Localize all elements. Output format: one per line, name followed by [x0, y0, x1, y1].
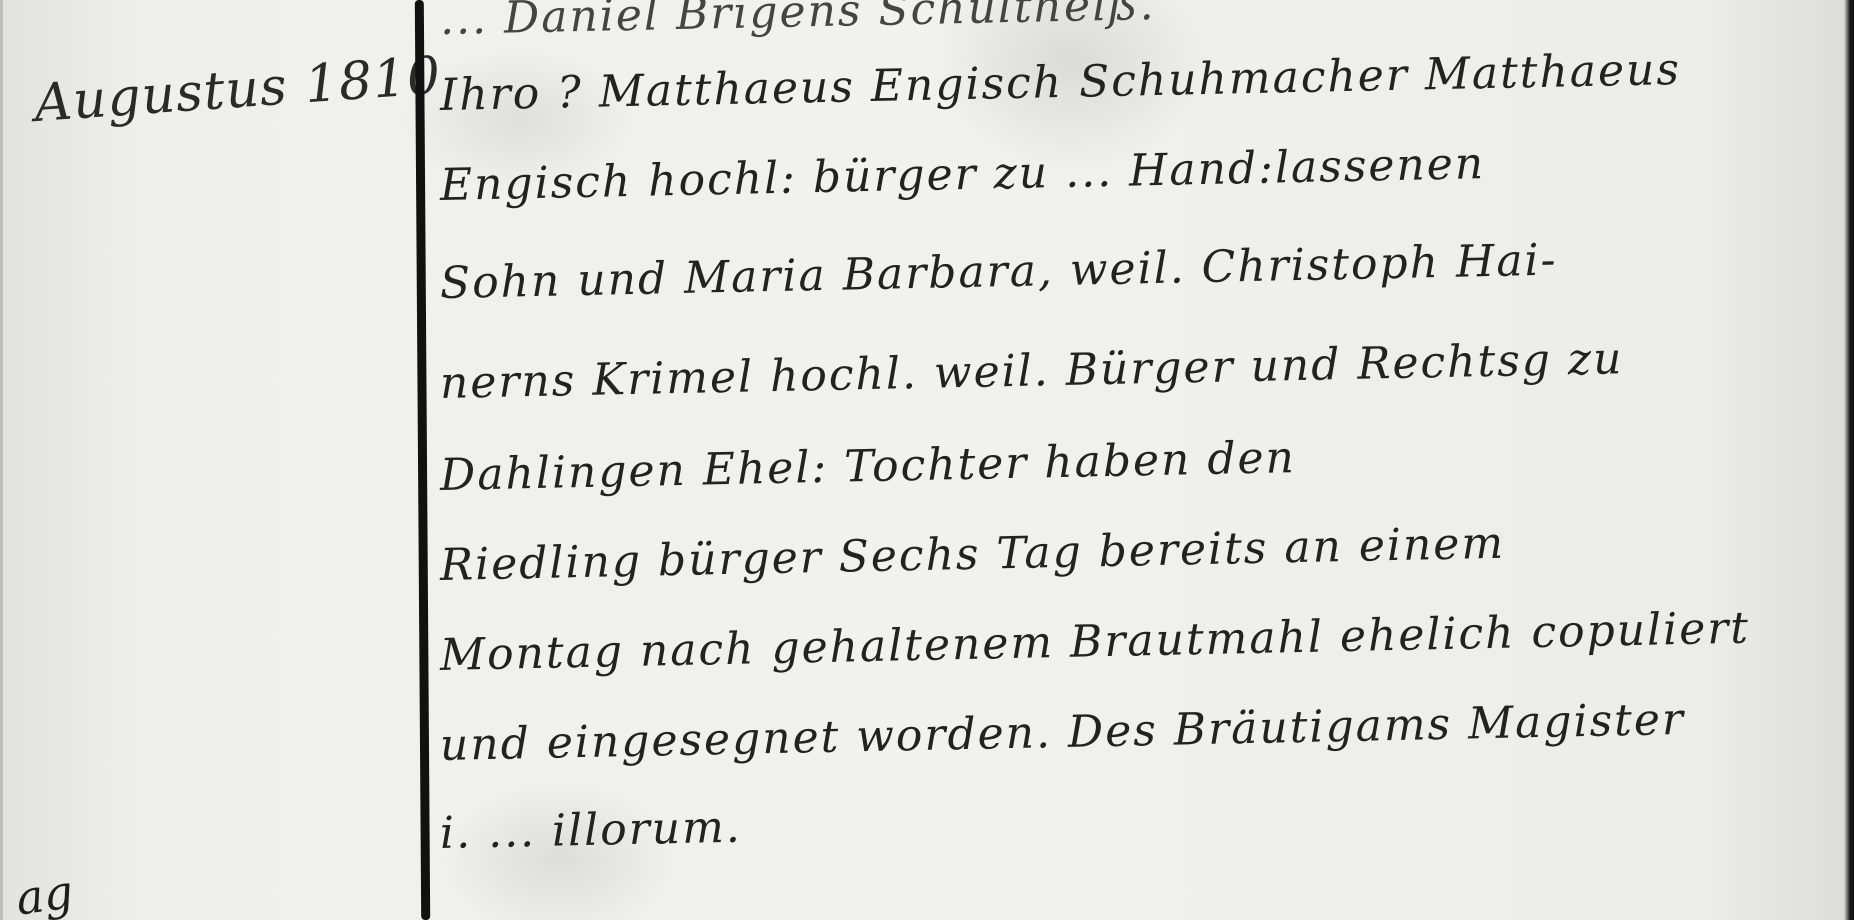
entry-line-1: ... Daniel Brigens Schultheiß.	[439, 0, 1155, 45]
entry-line-8: Montag nach gehaltenem Brautmahl ehelich…	[439, 603, 1750, 681]
entry-line-3: Engisch hochl: bürger zu ... Hand:lassen…	[439, 138, 1485, 211]
page-left-edge	[0, 0, 3, 920]
entry-line-2: Ihro ? Matthaeus Engisch Schuhmacher Mat…	[439, 44, 1681, 121]
margin-vertical-rule	[415, 0, 430, 920]
entry-line-7: Riedling bürger Sechs Tag bereits an ein…	[439, 518, 1505, 591]
binding-shadow	[1844, 0, 1854, 920]
register-entry: ... Daniel Brigens Schultheiß. Ihro ? Ma…	[440, 0, 1840, 920]
entry-line-6: Dahlingen Ehel: Tochter haben den	[439, 432, 1296, 501]
manuscript-page: Augustus 1810 ag ... Daniel Brigens Schu…	[0, 0, 1854, 920]
margin-bottom-fragment: ag	[13, 864, 77, 920]
entry-line-4: Sohn und Maria Barbara, weil. Christoph …	[439, 235, 1558, 309]
entry-line-5: nerns Krimel hochl. weil. Bürger und Rec…	[439, 333, 1623, 409]
margin-date-note: Augustus 1810	[32, 46, 443, 134]
entry-line-9: und eingesegnet worden. Des Bräutigams M…	[439, 694, 1685, 771]
entry-line-10: i. ... illorum.	[439, 802, 742, 859]
